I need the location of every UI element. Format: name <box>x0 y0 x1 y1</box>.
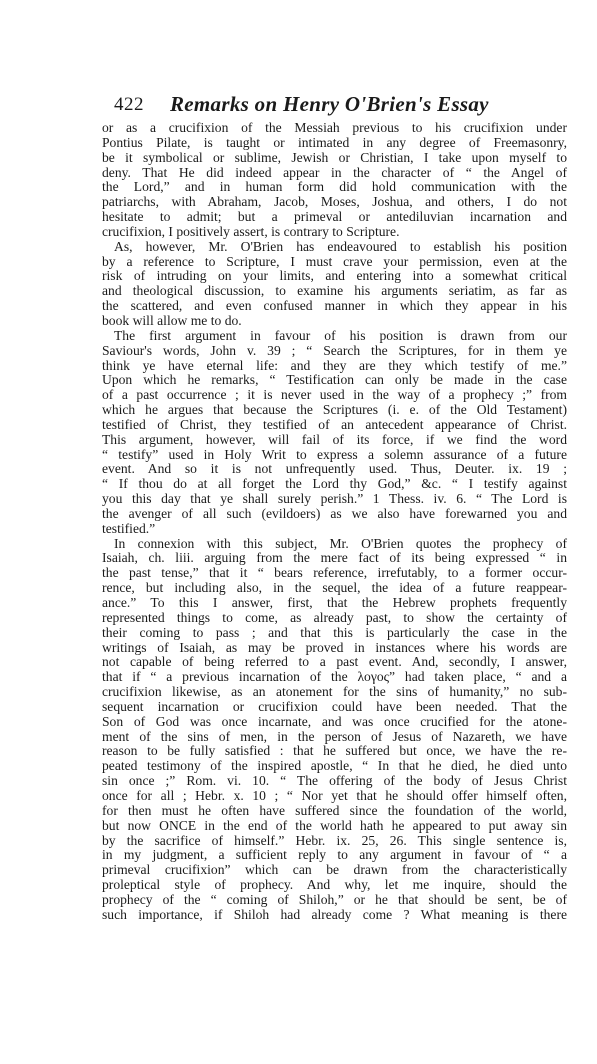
text-line: testified of Christ, they testified of a… <box>102 418 567 433</box>
text-line: sequent incarnation or crucifixion could… <box>102 700 567 715</box>
page-header: 422 Remarks on Henry O'Brien's Essay <box>114 92 564 118</box>
text-line: not capable of being referred to a past … <box>102 655 567 670</box>
text-line: the Lord,” and in human form did hold co… <box>102 180 567 195</box>
text-line: prophecy of the “ coming of Shiloh,” or … <box>102 893 567 908</box>
text-line: by the sacrifice of himself.” Hebr. ix. … <box>102 834 567 849</box>
text-line: risk of intruding on your limits, and en… <box>102 269 567 284</box>
text-line: Saviour's words, John v. 39 ; “ Search t… <box>102 344 567 359</box>
text-line: and theological discussion, to examine h… <box>102 284 567 299</box>
text-line: think ye have eternal life: and they are… <box>102 359 567 374</box>
text-line: As, however, Mr. O'Brien has endeavoured… <box>102 240 567 255</box>
text-line: Isaiah, ch. liii. arguing from the mere … <box>102 551 567 566</box>
text-line: of a past occurrence ; it is never used … <box>102 388 567 403</box>
text-line: but now ONCE in the end of the world hat… <box>102 819 567 834</box>
text-line: be it symbolical or sublime, Jewish or C… <box>102 151 567 166</box>
text-line: once for all ; Hebr. x. 10 ; “ Nor yet t… <box>102 789 567 804</box>
body-text: or as a crucifixion of the Messiah previ… <box>102 121 567 923</box>
text-line: crucifixion likewise, as an atonement fo… <box>102 685 567 700</box>
running-title: Remarks on Henry O'Brien's Essay <box>170 92 489 117</box>
text-line: event. And so it is not unfrequently use… <box>102 462 567 477</box>
text-line: that if “ a previous incarnation of the … <box>102 670 567 685</box>
text-line: “ testify” used in Holy Writ to express … <box>102 448 567 463</box>
text-line: The first argument in favour of his posi… <box>102 329 567 344</box>
text-line: crucifixion, I positively assert, is con… <box>102 225 567 240</box>
text-line: rence, but including also, in the sequel… <box>102 581 567 596</box>
text-line: writings of Isaiah, as may be proved in … <box>102 641 567 656</box>
text-line: testified.” <box>102 522 567 537</box>
text-line: represented things to come, as already p… <box>102 611 567 626</box>
text-line: primeval crucifixion” which can be drawn… <box>102 863 567 878</box>
text-line: “ If thou do at all forget the Lord thy … <box>102 477 567 492</box>
text-line: such importance, if Shiloh had already c… <box>102 908 567 923</box>
text-line: the past tense,” that it “ bears referen… <box>102 566 567 581</box>
page-number: 422 <box>114 94 144 116</box>
text-line: by a reference to Scripture, I must crav… <box>102 255 567 270</box>
text-line: Son of God was once incarnate, and was o… <box>102 715 567 730</box>
text-line: This argument, however, will fail of its… <box>102 433 567 448</box>
text-line: the avenger of all such (evildoers) as w… <box>102 507 567 522</box>
text-line: their coming to pass ; and that this is … <box>102 626 567 641</box>
text-line: patriarchs, with Abraham, Jacob, Moses, … <box>102 195 567 210</box>
text-line: Pontius Pilate, is taught or intimated i… <box>102 136 567 151</box>
text-line: the scattered, and even confused manner … <box>102 299 567 314</box>
text-line: which he argues that because the Scriptu… <box>102 403 567 418</box>
text-line: Upon which he remarks, “ Testification c… <box>102 373 567 388</box>
text-line: sin once ;” Rom. vi. 10. “ The offering … <box>102 774 567 789</box>
text-line: peated testimony of the inspired apostle… <box>102 759 567 774</box>
text-line: deny. That He did indeed appear in the c… <box>102 166 567 181</box>
text-line: hesitate to admit; but a primeval or ant… <box>102 210 567 225</box>
text-line: or as a crucifixion of the Messiah previ… <box>102 121 567 136</box>
text-line: book will allow me to do. <box>102 314 567 329</box>
text-line: you this day that ye shall surely perish… <box>102 492 567 507</box>
text-line: In connexion with this subject, Mr. O'Br… <box>102 537 567 552</box>
text-line: in my judgment, a sufficient reply to an… <box>102 848 567 863</box>
text-line: proleptical style of prophecy. And why, … <box>102 878 567 893</box>
text-line: reason to be fully satisfied : that he s… <box>102 744 567 759</box>
text-line: ance.” To this I answer, first, that the… <box>102 596 567 611</box>
text-line: ment of the sins of men, in the person o… <box>102 730 567 745</box>
text-line: for then must he often have suffered sin… <box>102 804 567 819</box>
